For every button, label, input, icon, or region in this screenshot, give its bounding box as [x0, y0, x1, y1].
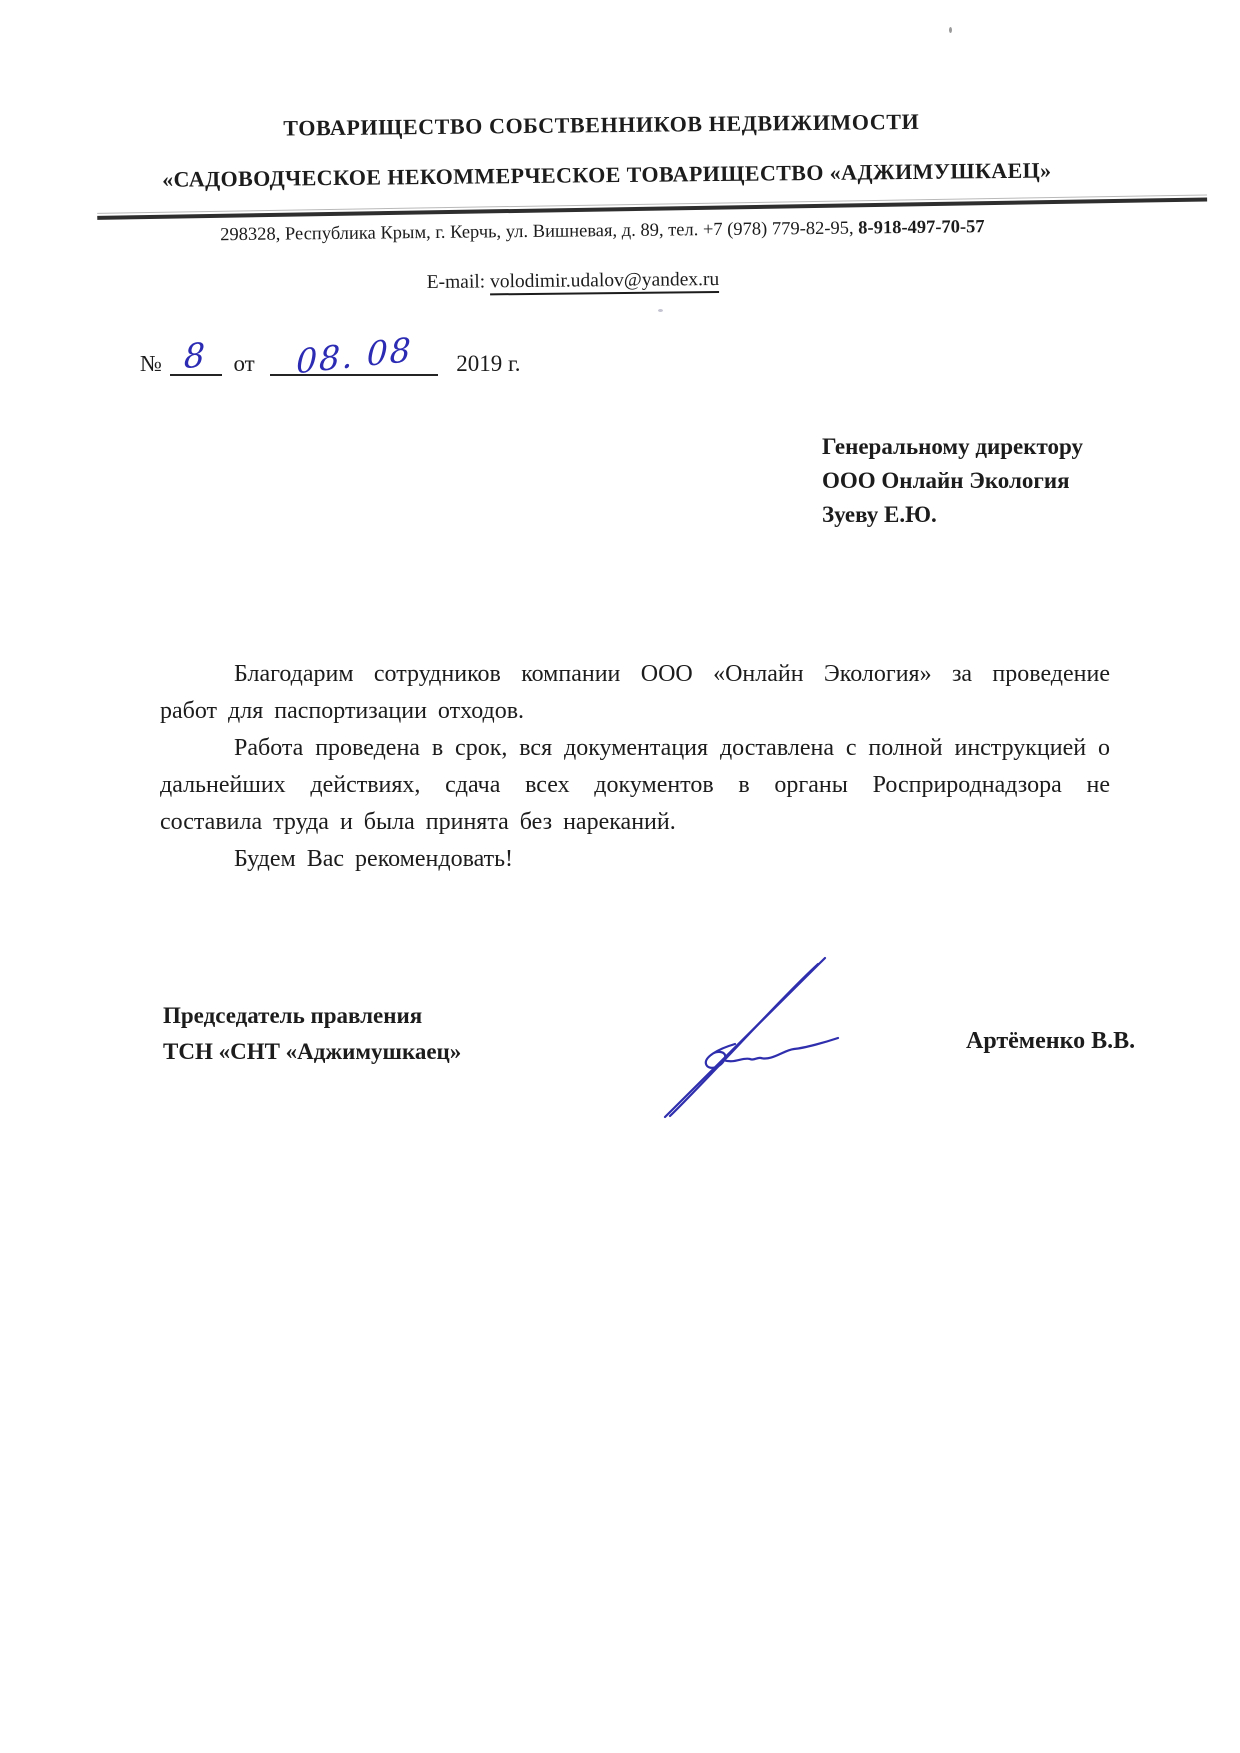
- body-paragraph-1: Благодарим сотрудников компании ООО «Онл…: [160, 656, 1110, 730]
- handwritten-letter-number: 8: [184, 345, 208, 368]
- addressee-title: Генеральному директору: [822, 430, 1083, 464]
- number-sign-label: №: [140, 351, 162, 376]
- handwritten-signature-icon: [640, 945, 850, 1130]
- year-label: 2019 г.: [456, 351, 520, 376]
- letter-date-field: 08. 08: [270, 350, 438, 376]
- reference-line: № 8 от 08. 08 2019 г.: [140, 350, 521, 377]
- addressee-block: Генеральному директору ООО Онлайн Эколог…: [822, 430, 1083, 532]
- letterhead: ТОВАРИЩЕСТВО СОБСТВЕННИКОВ НЕДВИЖИМОСТИ …: [0, 0, 1240, 6]
- signer-position-line2: ТСН «СНТ «Аджимушкаец»: [163, 1034, 461, 1070]
- organization-address: 298328, Республика Крым, г. Керчь, ул. В…: [2, 215, 1202, 249]
- organization-name-line2: «САДОВОДЧЕСКОЕ НЕКОММЕРЧЕСКОЕ ТОВАРИЩЕСТ…: [2, 156, 1212, 195]
- signer-position-line1: Председатель правления: [163, 998, 461, 1034]
- address-text: 298328, Республика Крым, г. Керчь, ул. В…: [220, 219, 858, 246]
- signer-position-block: Председатель правления ТСН «СНТ «Аджимуш…: [163, 998, 461, 1070]
- organization-email-line: E-mail: volodimir.udalov@yandex.ru: [3, 265, 1143, 299]
- letter-body: Благодарим сотрудников компании ООО «Онл…: [160, 656, 1110, 878]
- scanned-letter-page: ТОВАРИЩЕСТВО СОБСТВЕННИКОВ НЕДВИЖИМОСТИ …: [0, 0, 1240, 1753]
- organization-name-line1: ТОВАРИЩЕСТВО СОБСТВЕННИКОВ НЕДВИЖИМОСТИ: [1, 106, 1201, 145]
- handwritten-letter-date: 08. 08: [296, 340, 413, 372]
- addressee-person: Зуеву Е.Ю.: [822, 498, 1083, 532]
- phone-number: 8-918-497-70-57: [858, 217, 985, 238]
- body-paragraph-3: Будем Вас рекомендовать!: [160, 841, 1110, 878]
- from-label: от: [233, 351, 254, 376]
- email-address: volodimir.udalov@yandex.ru: [490, 269, 719, 295]
- body-paragraph-2: Работа проведена в срок, вся документаци…: [160, 730, 1110, 841]
- addressee-company: ООО Онлайн Экология: [822, 464, 1083, 498]
- letter-number-field: 8: [170, 350, 222, 376]
- scan-artifact-dot: [949, 27, 952, 33]
- signer-name: Артёменко В.В.: [966, 1028, 1135, 1055]
- scan-artifact-speck: [658, 309, 663, 312]
- email-label: E-mail:: [427, 271, 491, 293]
